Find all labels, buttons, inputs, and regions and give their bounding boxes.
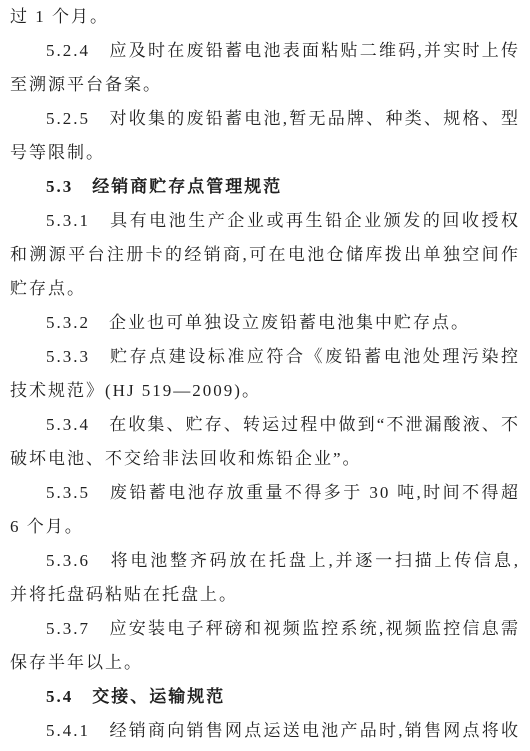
text-line: 过 1 个月。 <box>10 0 520 34</box>
text-line: 5.3.6 将电池整齐码放在托盘上,并逐一扫描上传信息, <box>10 544 520 578</box>
text-line: 至溯源平台备案。 <box>10 68 520 102</box>
text-line: 5.4.1 经销商向销售网点运送电池产品时,销售网点将收 <box>10 714 520 748</box>
text-line: 5.2.5 对收集的废铅蓄电池,暂无品牌、种类、规格、型 <box>10 102 520 136</box>
text-line: 并将托盘码粘贴在托盘上。 <box>10 578 520 612</box>
text-line: 5.3.4 在收集、贮存、转运过程中做到“不泄漏酸液、不 <box>10 408 520 442</box>
text-line: 贮存点。 <box>10 272 520 306</box>
text-line: 5.2.4 应及时在废铅蓄电池表面粘贴二维码,并实时上传 <box>10 34 520 68</box>
section-heading-5-3: 5.3 经销商贮存点管理规范 <box>10 170 520 204</box>
text-line: 保存半年以上。 <box>10 646 520 680</box>
text-line: 5.3.1 具有电池生产企业或再生铅企业颁发的回收授权书 <box>10 204 520 238</box>
text-line: 6 个月。 <box>10 510 520 544</box>
text-line: 5.3.3 贮存点建设标准应符合《废铅蓄电池处理污染控制 <box>10 340 520 374</box>
text-line: 5.3.5 废铅蓄电池存放重量不得多于 30 吨,时间不得超过 <box>10 476 520 510</box>
text-line: 破坏电池、不交给非法回收和炼铅企业”。 <box>10 442 520 476</box>
text-line: 5.3.2 企业也可单独设立废铅蓄电池集中贮存点。 <box>10 306 520 340</box>
text-line: 5.3.7 应安装电子秤磅和视频监控系统,视频监控信息需 <box>10 612 520 646</box>
section-heading-5-4: 5.4 交接、运输规范 <box>10 680 520 714</box>
text-line: 号等限制。 <box>10 136 520 170</box>
text-line: 和溯源平台注册卡的经销商,可在电池仓储库拨出单独空间作为 <box>10 238 520 272</box>
document-page: 过 1 个月。 5.2.4 应及时在废铅蓄电池表面粘贴二维码,并实时上传 至溯源… <box>0 0 530 751</box>
text-line: 技术规范》(HJ 519—2009)。 <box>10 374 520 408</box>
